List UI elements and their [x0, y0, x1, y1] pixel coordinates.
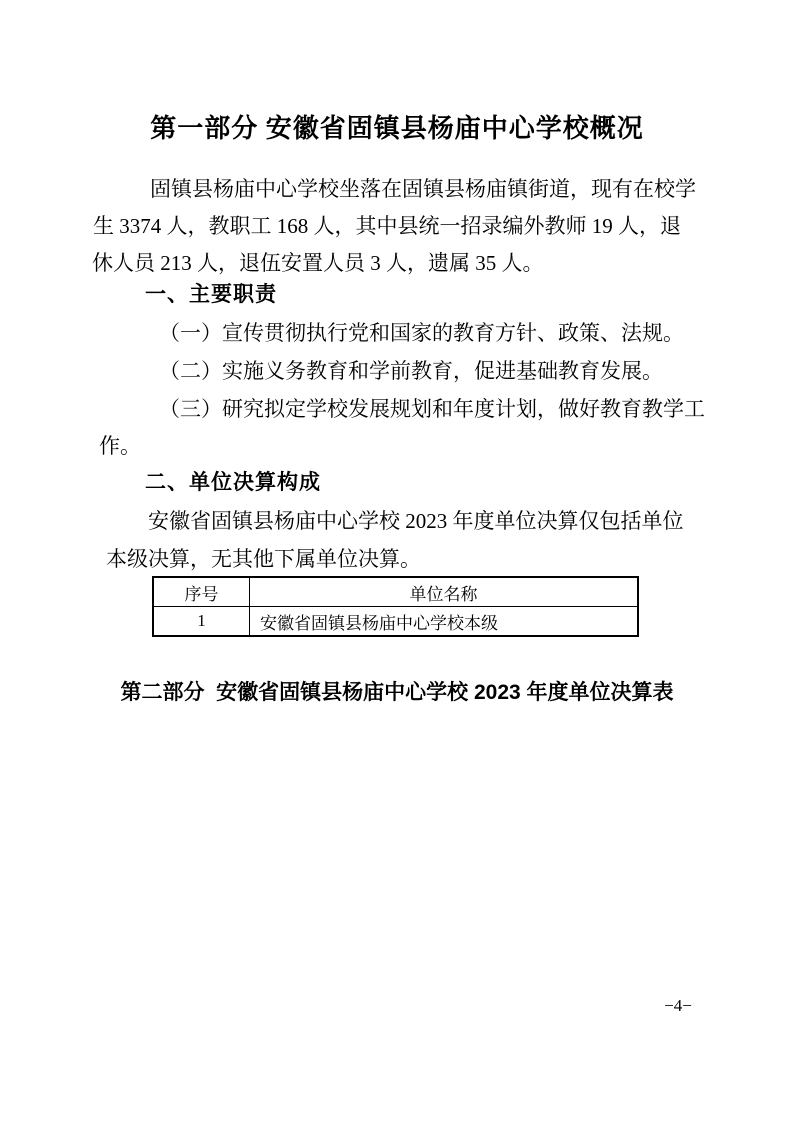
- section2-body-line-2: 本级决算，无其他下属单位决算。: [106, 546, 421, 572]
- part1-title: 第一部分 安徽省固镇县杨庙中心学校概况: [0, 108, 794, 145]
- table-cell-index: 1: [153, 607, 250, 637]
- table-header-index: 序号: [153, 577, 250, 607]
- unit-composition-table: 序号 单位名称 1 安徽省固镇县杨庙中心学校本级: [152, 576, 639, 637]
- table-header-unit-name: 单位名称: [250, 577, 639, 607]
- section2-heading: 二、单位决算构成: [145, 470, 321, 496]
- duty-item-2: （二）实施义务教育和学前教育，促进基础教育发展。: [159, 358, 663, 384]
- duty-item-1: （一）宣传贯彻执行党和国家的教育方针、政策、法规。: [159, 320, 684, 346]
- duty-item-3-wrap: 作。: [99, 433, 141, 459]
- page-number: −4−: [638, 996, 718, 1016]
- document-page: 第一部分 安徽省固镇县杨庙中心学校概况 固镇县杨庙中心学校坐落在固镇县杨庙镇街道…: [0, 0, 794, 1122]
- duty-item-3: （三）研究拟定学校发展规划和年度计划，做好教育教学工: [159, 396, 705, 422]
- section2-body-line-1: 安徽省固镇县杨庙中心学校 2023 年度单位决算仅包括单位: [148, 508, 684, 534]
- table-row: 1 安徽省固镇县杨庙中心学校本级: [153, 607, 638, 637]
- section1-heading: 一、主要职责: [145, 282, 277, 308]
- intro-line-2: 生 3374 人，教职工 168 人，其中县统一招录编外教师 19 人，退: [93, 213, 681, 239]
- intro-line-3: 休人员 213 人，退伍安置人员 3 人，遗属 35 人。: [92, 250, 544, 276]
- table-cell-unit-name: 安徽省固镇县杨庙中心学校本级: [250, 607, 639, 637]
- part2-title: 第二部分 安徽省固镇县杨庙中心学校 2023 年度单位决算表: [0, 676, 794, 706]
- intro-line-1: 固镇县杨庙中心学校坐落在固镇县杨庙镇街道，现有在校学: [150, 176, 696, 202]
- table-header-row: 序号 单位名称: [153, 577, 638, 607]
